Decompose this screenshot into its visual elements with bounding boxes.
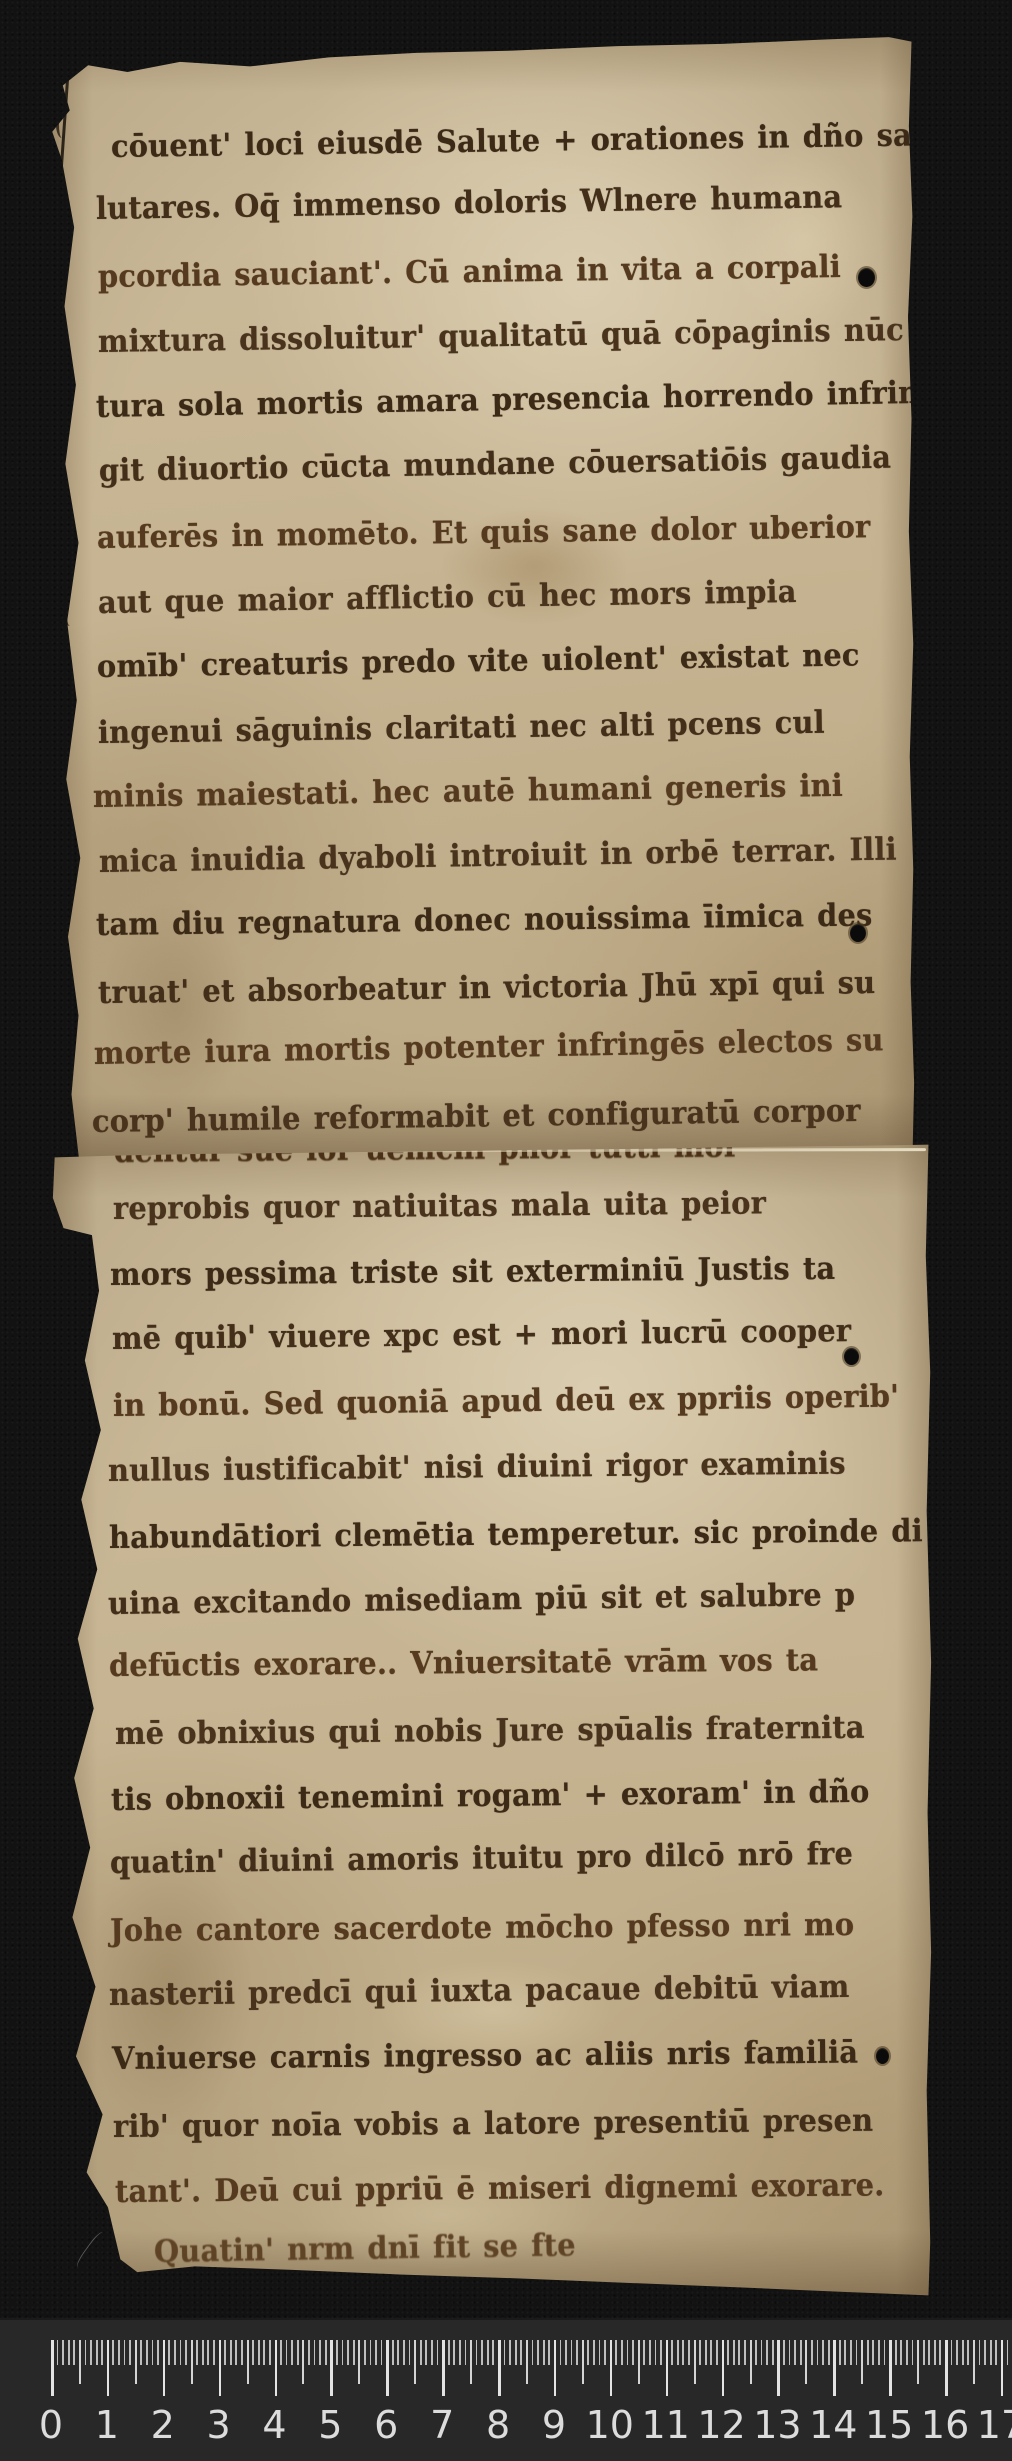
ruler-tick [750, 2340, 752, 2384]
ruler-tick [57, 2340, 59, 2365]
ruler-tick [587, 2340, 589, 2365]
ruler-tick [336, 2340, 338, 2365]
ruler-tick [185, 2340, 187, 2365]
ruler-tick [437, 2340, 439, 2365]
ruler-tick [766, 2340, 768, 2365]
ruler-tick [682, 2340, 684, 2365]
photograph-canvas: { "manuscript": { "fragment1": { "lines"… [0, 0, 1012, 2461]
ruler-tick [867, 2340, 869, 2365]
ruler-tick [850, 2340, 852, 2365]
margin-mark [70, 1812, 80, 1846]
ruler-tick [928, 2340, 930, 2365]
ruler-tick [1007, 2340, 1009, 2365]
ruler-tick [655, 2340, 657, 2365]
ruler-tick [465, 2340, 467, 2365]
ruler-tick [252, 2340, 254, 2365]
ruler-tick [459, 2340, 461, 2365]
ruler-tick [967, 2340, 969, 2365]
margin-mark [84, 2116, 94, 2142]
ruler-tick [956, 2340, 958, 2365]
ruler-tick [906, 2340, 908, 2365]
ruler-tick [844, 2340, 846, 2365]
ruler-label: 16 [921, 2402, 969, 2448]
ruler-tick [660, 2340, 662, 2365]
ruler-tick [772, 2340, 774, 2365]
ruler-tick [358, 2340, 360, 2384]
ruler-tick [196, 2340, 198, 2365]
ruler-tick [504, 2340, 506, 2365]
ruler-tick [560, 2340, 562, 2365]
ruler-tick [230, 2340, 232, 2365]
ruler-tick [884, 2340, 886, 2365]
text-line: mē quib' viuere xpc est + mori lucrū coo… [112, 1311, 852, 1359]
ruler-tick [487, 2340, 489, 2365]
ruler: 01234567891011121314151617 [0, 2318, 1012, 2461]
text-line: mixtura dissoluitur' qualitatū quā cōpag… [98, 310, 904, 362]
ruler-label: 13 [753, 2402, 801, 2448]
ruler-tick [699, 2340, 701, 2365]
ruler-tick [761, 2340, 763, 2365]
ruler-tick [397, 2340, 399, 2365]
ruler-label: 1 [95, 2402, 119, 2448]
ruler-tick [962, 2340, 964, 2365]
ruler-tick [168, 2340, 170, 2365]
text-line: truat' et absorbeatur in victoria Jhū xp… [98, 963, 876, 1013]
ruler-tick [755, 2340, 757, 2365]
ruler-tick [191, 2340, 193, 2384]
margin-mark [64, 592, 74, 626]
text-line-cut-bottom: Quatin' nrm dnī fit se fte [154, 2225, 576, 2272]
text-block-top: cōuent' loci eiusdē Salute + orationes i… [40, 36, 915, 1162]
ruler-tick [973, 2340, 975, 2384]
ruler-tick [649, 2340, 651, 2365]
ruler-label: 14 [809, 2402, 857, 2448]
ruler-tick [68, 2340, 70, 2365]
ruler-tick [280, 2340, 282, 2365]
ruler-tick [537, 2340, 539, 2365]
text-line: lutares. Oq̄ immenso doloris Wlnere huma… [96, 178, 843, 230]
parchment-hole [876, 2048, 889, 2064]
ruler-tick [615, 2340, 617, 2365]
text-line: Johe cantore sacerdote mōcho pfesso nri … [110, 1905, 854, 1951]
text-line: cōuent' loci eiusdē Salute + orationes i… [110, 116, 911, 167]
ruler-tick [811, 2340, 813, 2365]
ruler-tick [643, 2340, 645, 2365]
ruler-tick [314, 2340, 316, 2365]
text-line: morte iura mortis potenter infringēs ele… [93, 1021, 883, 1075]
ruler-tick [302, 2340, 304, 2384]
ruler-tick [621, 2340, 623, 2365]
ruler-tick [800, 2340, 802, 2365]
text-line: omīb' creaturis predo vite uiolent' exis… [96, 636, 859, 688]
text-line: Vniuerse carnis ingresso ac aliis nris f… [112, 2033, 859, 2079]
ruler-tick [286, 2340, 288, 2365]
ruler-tick [492, 2340, 494, 2365]
text-line: tam diu regnatura donec nouissima īimica… [95, 895, 872, 945]
ruler-label: 3 [207, 2402, 231, 2448]
ruler-tick [146, 2340, 148, 2365]
ruler-tick [263, 2340, 265, 2365]
ruler-tick [722, 2340, 725, 2396]
ruler-tick [90, 2340, 92, 2365]
ruler-tick [392, 2340, 394, 2365]
ruler-tick [917, 2340, 919, 2384]
ruler-tick [481, 2340, 483, 2365]
ruler-tick [593, 2340, 595, 2365]
parchment-fragment-top: cōuent' loci eiusdē Salute + orationes i… [40, 36, 915, 1162]
ruler-tick [856, 2340, 858, 2365]
ruler-tick [565, 2340, 567, 2365]
ruler-tick [308, 2340, 310, 2365]
ruler-tick [526, 2340, 528, 2384]
ruler-tick [157, 2340, 159, 2365]
ruler-tick [939, 2340, 941, 2365]
ruler-label: 11 [641, 2402, 689, 2448]
ruler-tick [604, 2340, 606, 2365]
ruler-tick [694, 2340, 696, 2384]
text-line: defūctis exorare.. Vniuersitatē vrām vos… [109, 1640, 819, 1686]
ruler-tick [895, 2340, 897, 2365]
ruler-tick [101, 2340, 103, 2365]
ruler-tick [96, 2340, 98, 2365]
margin-mark [66, 982, 76, 1020]
ruler-tick [582, 2340, 584, 2384]
text-block-bottom: dentur sue lor uemchī pnor tutti morrepr… [44, 1140, 932, 2300]
ruler-tick [710, 2340, 712, 2365]
ruler-tick [425, 2340, 427, 2365]
ruler-tick [202, 2340, 204, 2365]
ruler-tick [638, 2340, 640, 2384]
text-line: mors pessima triste sit exterminiū Justi… [109, 1249, 835, 1295]
ruler-tick [789, 2340, 791, 2365]
ruler-tick [342, 2340, 344, 2365]
ruler-tick [319, 2340, 321, 2365]
ruler-tick [476, 2340, 478, 2365]
ruler-tick [291, 2340, 293, 2365]
parchment-fragment-bottom: dentur sue lor uemchī pnor tutti morrepr… [44, 1140, 932, 2300]
text-line: nullus iustificabit' nisi diuini rigor e… [108, 1444, 846, 1491]
ruler-tick [431, 2340, 433, 2365]
ruler-tick [448, 2340, 450, 2365]
ruler-tick [85, 2340, 87, 2365]
text-line: mica inuidia dyaboli introiuit in orbē t… [98, 829, 896, 881]
ruler-tick [515, 2340, 517, 2365]
ruler-tick [51, 2340, 54, 2396]
text-line: ingenui sāguinis claritati nec alti pcen… [98, 702, 825, 752]
ruler-tick [442, 2340, 445, 2396]
ruler-tick [783, 2340, 785, 2365]
margin-mark [74, 1312, 84, 1342]
ruler-tick [235, 2340, 237, 2365]
parchment-hole [844, 1348, 859, 1365]
ruler-tick [219, 2340, 222, 2396]
ruler-tick [599, 2340, 601, 2365]
ruler-label: 4 [262, 2402, 286, 2448]
text-line: nasterii predcī qui iuxta pacaue debitū … [109, 1967, 850, 2015]
ruler-label: 5 [318, 2402, 342, 2448]
ruler-tick [163, 2340, 166, 2396]
ruler-tick [805, 2340, 807, 2384]
text-line: auferēs in momēto. Et quis sane dolor ub… [97, 507, 871, 558]
ruler-label: 15 [865, 2402, 913, 2448]
ruler-tick [112, 2340, 114, 2365]
ruler-tick [627, 2340, 629, 2365]
ruler-tick [666, 2340, 669, 2396]
ruler-tick [576, 2340, 578, 2365]
ruler-tick [822, 2340, 824, 2365]
text-line: aut que maior afflictio cū hec mors impi… [98, 572, 797, 623]
ruler-tick [817, 2340, 819, 2365]
ruler-tick [995, 2340, 997, 2365]
text-line: reprobis quor natiuitas mala uita peior [113, 1183, 766, 1229]
ruler-tick [353, 2340, 355, 2365]
ruler-tick [498, 2340, 501, 2396]
ruler-tick [861, 2340, 863, 2384]
text-line: in bonū. Sed quoniā apud deū ex ppriis o… [113, 1376, 900, 1425]
fiber-thread [74, 2230, 107, 2271]
ruler-tick [828, 2340, 830, 2365]
ruler-tick [532, 2340, 534, 2365]
text-line: rib' quor noīa vobis a latore presentiū … [113, 2101, 874, 2147]
ruler-label: 0 [39, 2402, 63, 2448]
ruler-tick [945, 2340, 948, 2396]
ruler-label: 2 [151, 2402, 175, 2448]
ruler-tick [297, 2340, 299, 2365]
ruler-tick [777, 2340, 780, 2396]
ruler-tick [912, 2340, 914, 2365]
ruler-tick [688, 2340, 690, 2365]
text-line: tant'. Deū cui ppriū ē miseri dignemi ex… [114, 2165, 884, 2212]
ruler-tick [386, 2340, 389, 2396]
text-line: uina excitando misediam piū sit et salub… [108, 1575, 856, 1624]
ruler-tick [744, 2340, 746, 2365]
ruler-tick [73, 2340, 75, 2365]
ruler-tick [370, 2340, 372, 2365]
ruler-tick [347, 2340, 349, 2365]
ruler-tick [470, 2340, 472, 2384]
ruler-tick [207, 2340, 209, 2365]
text-line: pcordia sauciant'. Cū anima in vita a co… [98, 247, 841, 297]
ruler-tick [269, 2340, 271, 2365]
ruler-tick [174, 2340, 176, 2365]
ruler-tick [671, 2340, 673, 2365]
ruler-tick [900, 2340, 902, 2365]
text-line: habundātiori clemētia temperetur. sic pr… [109, 1511, 923, 1558]
ruler-tick [325, 2340, 327, 2365]
text-line: minis maiestati. hec autē humani generis… [92, 766, 843, 817]
ruler-tick [543, 2340, 545, 2365]
ruler-tick [140, 2340, 142, 2365]
ruler-tick [403, 2340, 405, 2365]
ruler-tick [180, 2340, 182, 2365]
ruler-tick [414, 2340, 416, 2384]
ruler-tick [839, 2340, 841, 2365]
ruler-tick [923, 2340, 925, 2365]
ruler-tick [420, 2340, 422, 2365]
ruler-tick [878, 2340, 880, 2365]
text-line: quatin' diuini amoris ituitu pro dilcō n… [109, 1834, 853, 1883]
ruler-tick [258, 2340, 260, 2365]
text-line: mē obnixius qui nobis Jure spūalis frate… [115, 1708, 865, 1754]
ruler-tick [733, 2340, 735, 2365]
ruler-tick [951, 2340, 953, 2365]
ruler-tick [872, 2340, 874, 2365]
ruler-tick [934, 2340, 936, 2365]
ruler-tick [135, 2340, 137, 2384]
ruler-tick [571, 2340, 573, 2365]
ruler-tick [554, 2340, 557, 2396]
ruler-tick [509, 2340, 511, 2365]
text-line: git diuortio cūcta mundane cōuersatiōis … [99, 438, 892, 491]
ruler-tick [330, 2340, 333, 2396]
ruler-tick [520, 2340, 522, 2365]
ruler-tick [794, 2340, 796, 2365]
text-line: corp' humile reformabit et configuratū c… [92, 1091, 861, 1142]
ruler-label: 7 [430, 2402, 454, 2448]
ruler-tick [727, 2340, 729, 2365]
ruler-tick [833, 2340, 836, 2396]
ruler-label: 9 [542, 2402, 566, 2448]
ruler-tick [979, 2340, 981, 2365]
ruler-tick [152, 2340, 154, 2365]
text-line: tura sola mortis amara presencia horrend… [96, 373, 920, 427]
ruler-tick [79, 2340, 81, 2384]
ruler-label: 17 [977, 2402, 1012, 2448]
ruler-tick [247, 2340, 249, 2384]
parchment-hole [850, 924, 866, 942]
ruler-tick [889, 2340, 892, 2396]
ruler-label: 10 [586, 2402, 634, 2448]
ruler-tick [124, 2340, 126, 2365]
ruler-tick [453, 2340, 455, 2365]
ruler-tick [548, 2340, 550, 2365]
ruler-tick [409, 2340, 411, 2365]
ruler-label: 12 [697, 2402, 745, 2448]
ruler-tick [62, 2340, 64, 2365]
ruler-tick [738, 2340, 740, 2365]
ruler-tick [610, 2340, 613, 2396]
ruler-tick [118, 2340, 120, 2365]
ruler-tick [129, 2340, 131, 2365]
ruler-tick [984, 2340, 986, 2365]
ruler-tick [375, 2340, 377, 2365]
ruler-tick [107, 2340, 110, 2396]
ruler-tick [213, 2340, 215, 2365]
ruler-tick [716, 2340, 718, 2365]
ruler-label: 6 [374, 2402, 398, 2448]
ruler-tick [677, 2340, 679, 2365]
ruler-tick [381, 2340, 383, 2365]
margin-mark [56, 94, 66, 138]
ruler-tick [705, 2340, 707, 2365]
ruler-tick [1001, 2340, 1004, 2396]
ruler-tick [241, 2340, 243, 2365]
ruler-tick [364, 2340, 366, 2365]
ruler-tick [990, 2340, 992, 2365]
ruler-tick [632, 2340, 634, 2365]
text-line: tis obnoxii tenemini rogam' + exoram' in… [111, 1772, 870, 1820]
parchment-hole [858, 268, 875, 287]
ruler-tick [275, 2340, 278, 2396]
ruler-tick [224, 2340, 226, 2365]
ruler-label: 8 [486, 2402, 510, 2448]
